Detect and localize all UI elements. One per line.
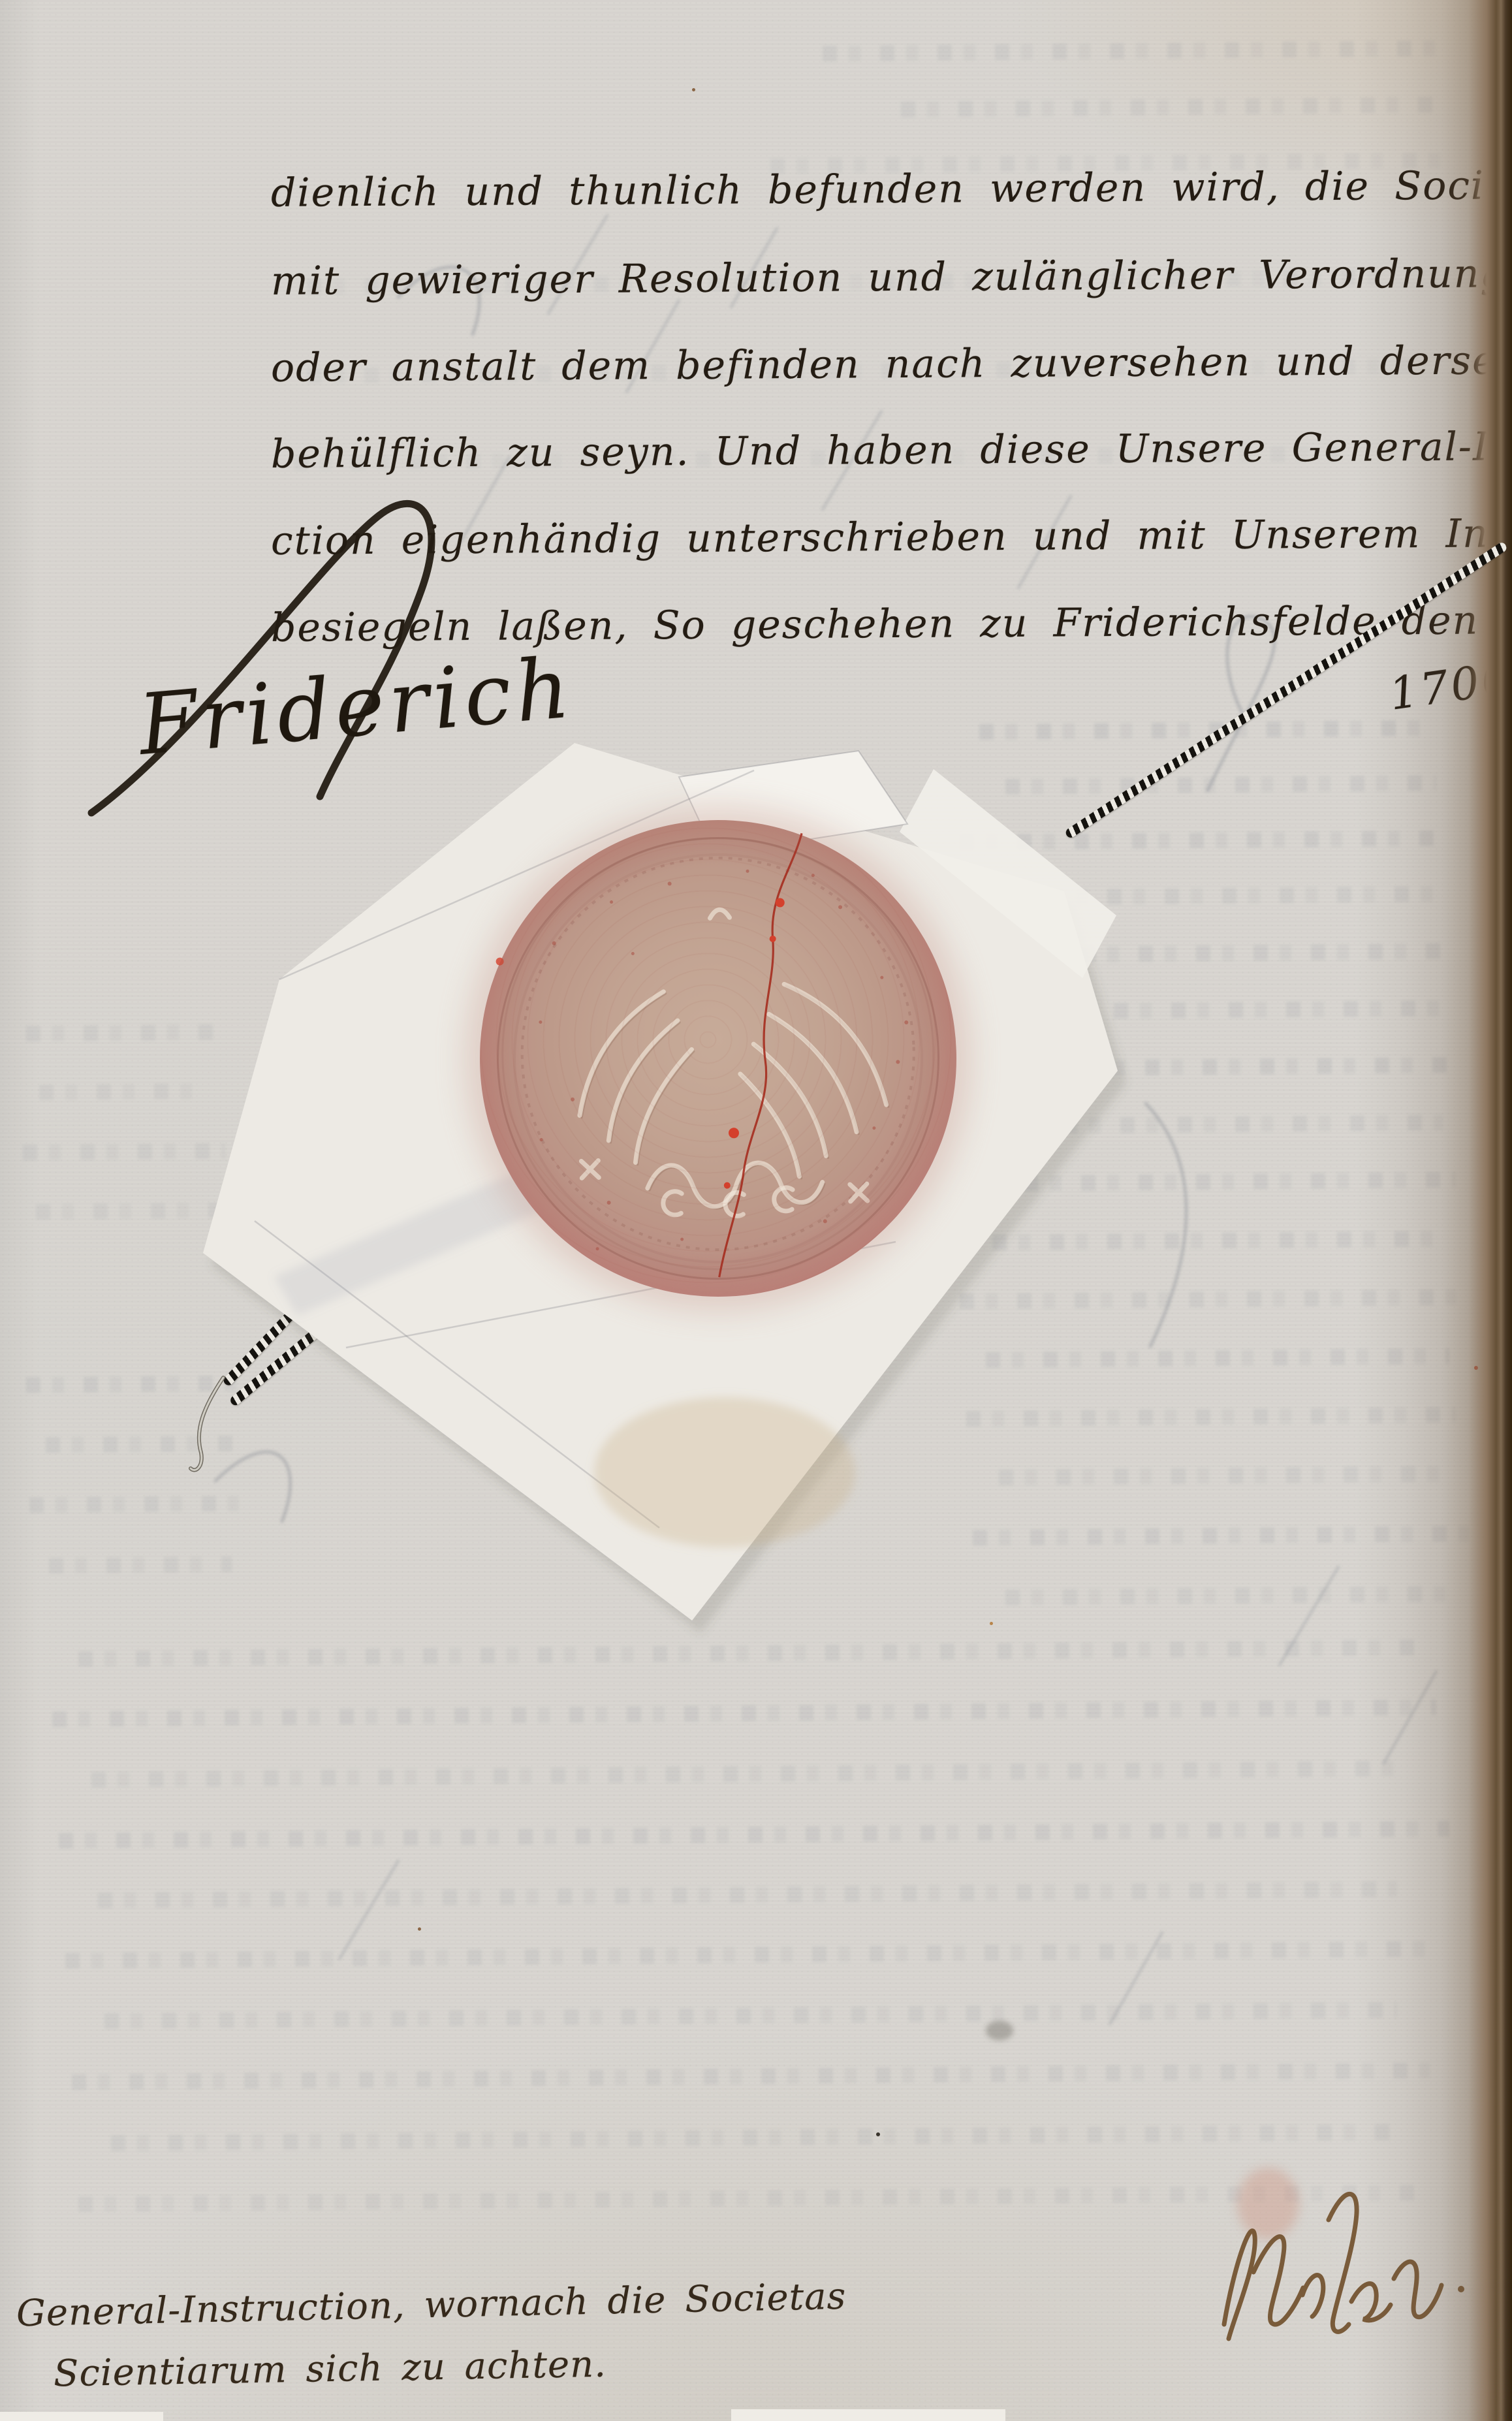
bleedthrough-line (901, 97, 1443, 117)
docket-line: General-Instruction, wornach die Societa… (16, 2275, 847, 2335)
exposed-red-wax (494, 898, 795, 1196)
paper-stain (594, 1397, 855, 1547)
bleedthrough-line (59, 1821, 1449, 1849)
manuscript-line: oder anstalt dem befinden nach zuversehe… (271, 338, 1512, 391)
manuscript-page: dienlich und thunlich befunden werden wi… (0, 0, 1512, 2421)
ink-speck (876, 2132, 880, 2136)
red-speck (1496, 1000, 1500, 1004)
manuscript-line: behülflich zu seyn. Und haben diese Unse… (271, 424, 1512, 477)
gray-smudge (986, 2021, 1013, 2040)
date-year: 1700 (1386, 652, 1512, 721)
scan-edge-sliver (0, 2412, 163, 2421)
bleedthrough-line (104, 2002, 1397, 2029)
seal-crack (704, 833, 817, 1277)
wax-seal (471, 812, 964, 1305)
brown-speck (692, 88, 695, 91)
wax-speckles (531, 864, 916, 1252)
scan-edge-sliver (731, 2409, 1005, 2421)
bleedthrough-line (72, 2063, 1430, 2090)
bleedthrough-line (65, 1941, 1436, 1969)
red-speck (1474, 1366, 1478, 1370)
manuscript-line: ction eigenhändig unterschrieben und mit… (271, 511, 1512, 564)
red-speck (1490, 1601, 1493, 1604)
bleedthrough-line (111, 2124, 1391, 2151)
manuscript-line: mit gewieriger Resolution und zulänglich… (271, 251, 1512, 304)
manuscript-line: dienlich und thunlich befunden werden wi… (271, 163, 1512, 216)
bleedthrough-line (823, 40, 1436, 61)
brown-speck (418, 1927, 421, 1931)
countersignature-flourish (1169, 2148, 1482, 2357)
prussian-eagle-emboss-icon (471, 812, 964, 1305)
bleedthrough-line (91, 1760, 1397, 1787)
manuscript-line: besiegeln laßen, So geschehen zu Frideri… (271, 597, 1512, 651)
bleedthrough-line (98, 1881, 1397, 1908)
docket-line: Scientiarum sich zu achten. (53, 2343, 606, 2396)
